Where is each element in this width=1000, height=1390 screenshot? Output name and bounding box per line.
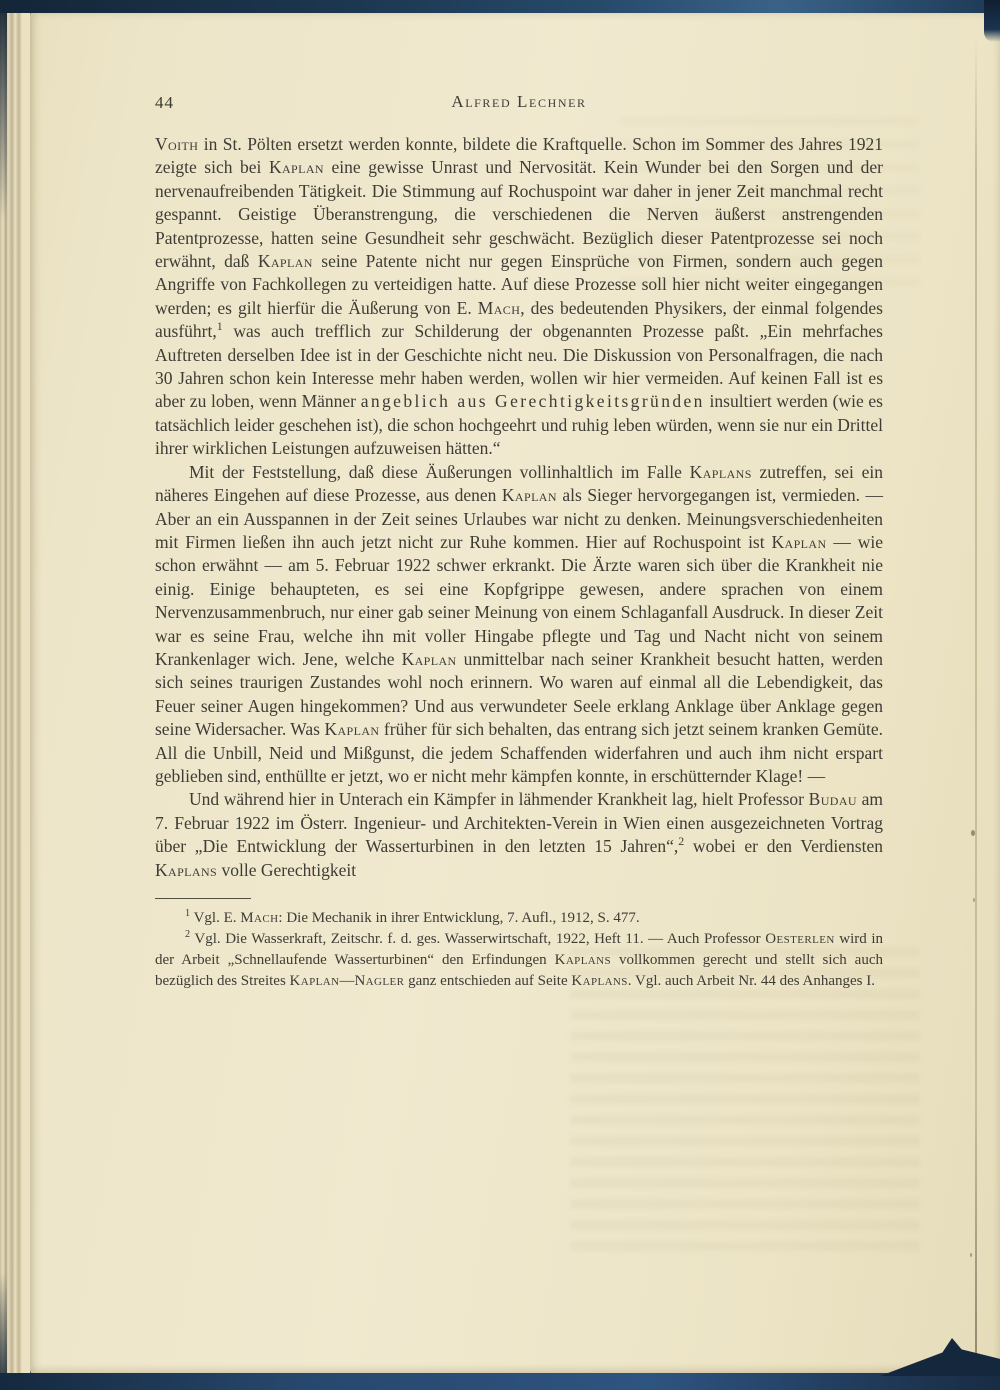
text-run: Vgl. E.: [190, 910, 240, 926]
text-run: angeblich aus Gerechtigkeitsgründen: [361, 391, 705, 411]
small-caps-name: Mach: [478, 298, 521, 318]
page-fold-line: [975, 37, 977, 1370]
small-caps-name: Kaplans: [690, 462, 752, 482]
small-caps-name: Kaplans: [155, 860, 217, 880]
footnote-1: 1 Vgl. E. Mach: Die Mechanik in ihrer En…: [155, 908, 883, 929]
small-caps-name: Nagler: [354, 973, 404, 989]
text-run: Vgl. Die Wasserkraft, Zeitschr. f. d. ge…: [190, 931, 765, 947]
book-cover-bottom-edge: [0, 1373, 1000, 1390]
book-page: 44 Alfred Lechner Voith in St. Pölten er…: [30, 12, 1000, 1374]
small-caps-name: Kaplan: [502, 485, 557, 505]
paragraph-1: Voith in St. Pölten ersetzt werden konnt…: [155, 133, 883, 461]
small-caps-name: Kaplan: [402, 649, 457, 669]
small-caps-name: Budau: [809, 789, 857, 809]
text-run: wobei er den Verdiensten: [684, 836, 883, 856]
small-caps-name: Kaplan: [324, 719, 379, 739]
small-caps-name: Kaplans: [555, 952, 611, 968]
page-header: 44 Alfred Lechner: [155, 92, 883, 116]
small-caps-name: Kaplan: [290, 973, 340, 989]
small-caps-name: Kaplans: [571, 973, 627, 989]
small-caps-name: Kaplan: [771, 532, 826, 552]
small-caps-name: Oesterlen: [765, 931, 834, 947]
text-block: 44 Alfred Lechner Voith in St. Pölten er…: [155, 92, 883, 992]
cover-shadow-top-left: [0, 0, 7, 240]
body-text: Voith in St. Pölten ersetzt werden konnt…: [155, 133, 883, 882]
page-specks: [971, 830, 975, 836]
small-caps-name: Voith: [155, 134, 198, 154]
text-run: : Die Mechanik in ihrer Entwicklung, 7. …: [278, 910, 639, 926]
text-run: . Vgl. auch Arbeit Nr. 44 des Anhanges I…: [628, 973, 875, 989]
footnotes: 1 Vgl. E. Mach: Die Mechanik in ihrer En…: [155, 908, 883, 992]
paragraph-3: Und während hier in Unterach ein Kämpfer…: [155, 788, 883, 882]
paragraph-2: Mit der Feststellung, daß diese Äußerung…: [155, 461, 883, 789]
page-number: 44: [155, 93, 174, 113]
running-header: Alfred Lechner: [155, 92, 883, 112]
book-cover-top-edge: [0, 0, 1000, 13]
small-caps-name: Kaplan: [258, 251, 313, 271]
text-run: —: [339, 973, 354, 989]
footnote-2: 2 Vgl. Die Wasserkraft, Zeitschr. f. d. …: [155, 929, 883, 992]
text-run: Mit der Feststellung, daß diese Äußerung…: [189, 462, 690, 482]
cover-shadow-bottom-left: [0, 1260, 7, 1390]
footnote-separator-rule: [155, 898, 251, 899]
book-cover-corner-top-right: [984, 0, 1000, 42]
show-through-smudge: [570, 947, 920, 1257]
book-scan: 44 Alfred Lechner Voith in St. Pölten er…: [0, 0, 1000, 1390]
text-run: ganz entschieden auf Seite: [404, 973, 571, 989]
small-caps-name: Mach: [240, 910, 278, 926]
small-caps-name: Kaplan: [269, 157, 324, 177]
text-run: Und während hier in Unterach ein Kämpfer…: [189, 789, 809, 809]
text-run: volle Gerechtigkeit: [217, 860, 356, 880]
